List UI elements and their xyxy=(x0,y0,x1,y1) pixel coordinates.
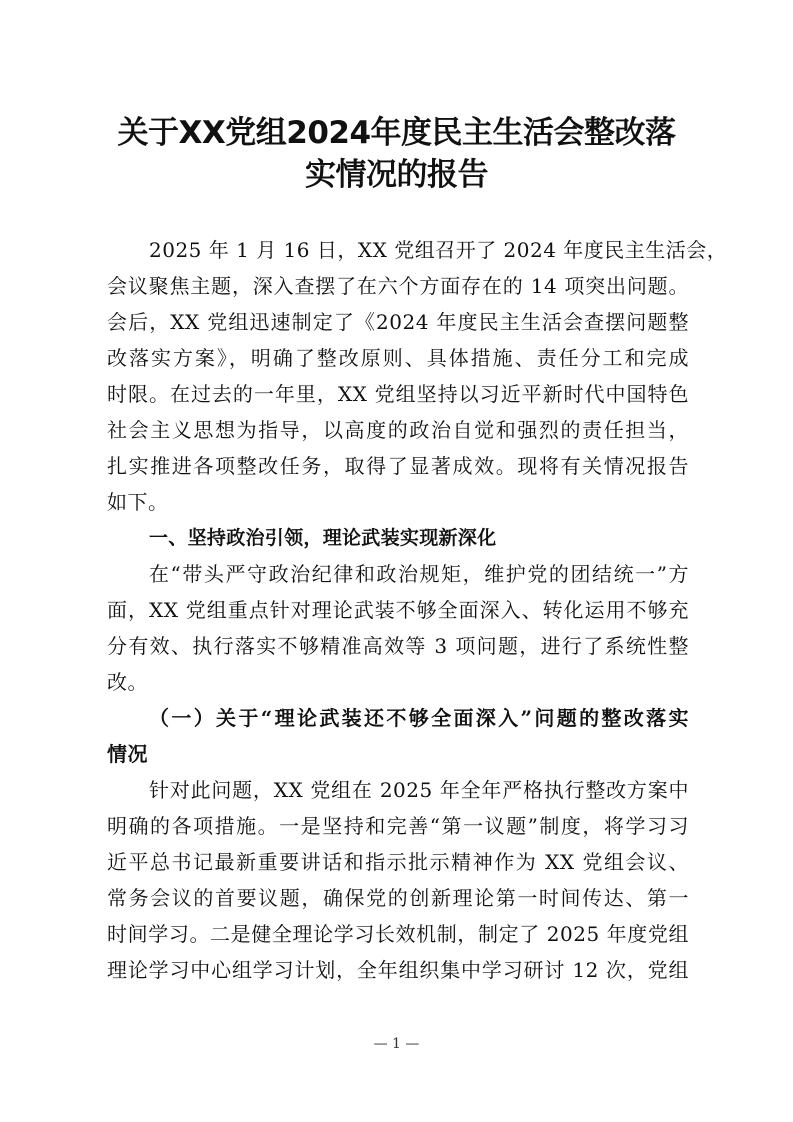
page-number: — 1 — xyxy=(0,1036,793,1052)
text-line: 理论学习中心组学习计划，全年组织集中学习研讨 12 次，党组 xyxy=(107,952,689,988)
text-line: 分有效、执行落实不够精准高效等 3 项问题，进行了系统性整 xyxy=(107,628,689,664)
text-line: 针对此问题，XX 党组在 2025 年全年严格执行整改方案中 xyxy=(107,772,689,808)
document-title: 关于XX党组2024年度民主生活会整改落 实情况的报告 xyxy=(100,112,693,196)
section-1-paragraph: 在“带头严守政治纪律和政治规矩，维护党的团结统一”方 面，XX 党组重点针对理论… xyxy=(107,556,689,700)
intro-paragraph: 2025 年 1 月 16 日，XX 党组召开了 2024 年度民主生活会， 会… xyxy=(107,232,689,520)
text-line: 近平总书记最新重要讲话和指示批示精神作为 XX 党组会议、 xyxy=(107,844,689,880)
text-line: 扎实推进各项整改任务，取得了显著成效。现将有关情况报告 xyxy=(107,448,689,484)
text-line: 改落实方案》，明确了整改原则、具体措施、责任分工和完成 xyxy=(107,340,689,376)
text-line: 改。 xyxy=(107,664,689,700)
text-line: 时间学习。二是健全理论学习长效机制，制定了 2025 年度党组 xyxy=(107,916,689,952)
heading-text: （一）关于“理论武装还不够全面深入”问题的整改落实 xyxy=(107,700,689,736)
document-page: 关于XX党组2024年度民主生活会整改落 实情况的报告 2025 年 1 月 1… xyxy=(0,0,793,1122)
text-line: 明确的各项措施。一是坚持和完善“第一议题”制度，将学习习 xyxy=(107,808,689,844)
section-heading-1: 一、坚持政治引领，理论武装实现新深化 xyxy=(107,520,689,556)
text-line: 如下。 xyxy=(107,484,689,520)
text-line: 社会主义思想为指导，以高度的政治自觉和强烈的责任担当， xyxy=(107,412,689,448)
document-body: 2025 年 1 月 16 日，XX 党组召开了 2024 年度民主生活会， 会… xyxy=(107,232,689,988)
subsection-1-paragraph: 针对此问题，XX 党组在 2025 年全年严格执行整改方案中 明确的各项措施。一… xyxy=(107,772,689,988)
title-line-1: 关于XX党组2024年度民主生活会整改落 xyxy=(100,112,693,154)
text-line: 在“带头严守政治纪律和政治规矩，维护党的团结统一”方 xyxy=(107,556,689,592)
text-line: 会后，XX 党组迅速制定了《2024 年度民主生活会查摆问题整 xyxy=(107,304,689,340)
text-line: 面，XX 党组重点针对理论武装不够全面深入、转化运用不够充 xyxy=(107,592,689,628)
title-line-2: 实情况的报告 xyxy=(100,154,693,196)
heading-text: 情况 xyxy=(107,736,689,772)
heading-text: 一、坚持政治引领，理论武装实现新深化 xyxy=(107,520,689,556)
subsection-heading-1: （一）关于“理论武装还不够全面深入”问题的整改落实 情况 xyxy=(107,700,689,772)
text-line: 2025 年 1 月 16 日，XX 党组召开了 2024 年度民主生活会， xyxy=(107,232,689,268)
text-line: 常务会议的首要议题，确保党的创新理论第一时间传达、第一 xyxy=(107,880,689,916)
text-line: 会议聚焦主题，深入查摆了在六个方面存在的 14 项突出问题。 xyxy=(107,268,689,304)
text-line: 时限。在过去的一年里，XX 党组坚持以习近平新时代中国特色 xyxy=(107,376,689,412)
